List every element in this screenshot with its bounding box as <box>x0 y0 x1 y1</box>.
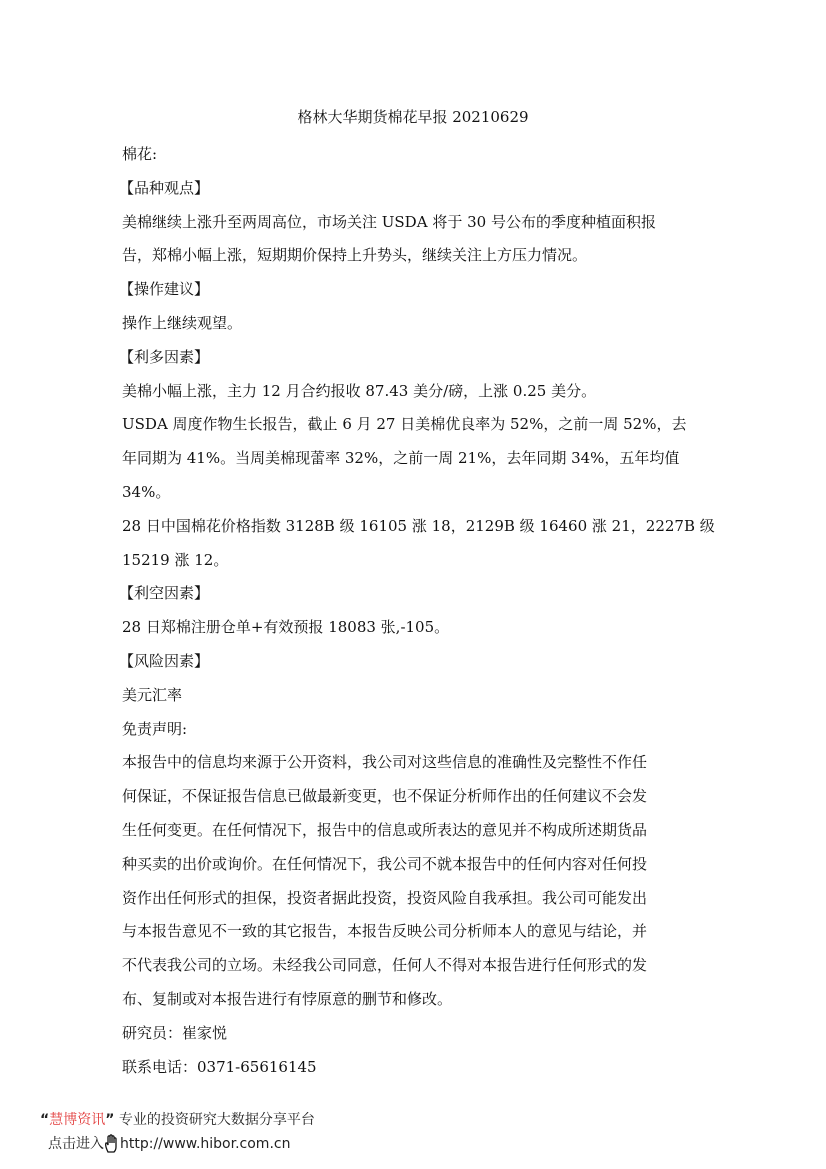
disclaimer-line: 种买卖的出价或询价。在任何情况下，我公司不就本报告中的任何内容对任何投 <box>122 848 704 882</box>
bullish-text-line: 28 日中国棉花价格指数 3128B 级 16105 涨 18，2129B 级 … <box>122 510 704 544</box>
disclaimer-line: 生任何变更。在任何情况下，报告中的信息或所表达的意见并不构成所述期货品 <box>122 814 704 848</box>
section-heading-risk: 【风险因素】 <box>119 645 704 679</box>
hibor-url-link[interactable]: http://www.hibor.com.cn <box>120 1136 290 1152</box>
view-text-line: 美棉继续上涨升至两周高位，市场关注 USDA 将于 30 号公布的季度种植面积报 <box>122 206 704 240</box>
quote-close: ” <box>105 1112 114 1128</box>
section-heading-bearish: 【利空因素】 <box>119 577 704 611</box>
disclaimer-line: 与本报告意见不一致的其它报告，本报告反映公司分析师本人的意见与结论，并 <box>122 915 704 949</box>
footer-link-row[interactable]: 点击进入http://www.hibor.com.cn <box>40 1132 360 1156</box>
section-heading-view: 【品种观点】 <box>119 172 704 206</box>
footer-slogan: “慧博资讯” 专业的投资研究大数据分享平台 <box>40 1108 360 1132</box>
commodity-label: 棉花: <box>122 138 704 172</box>
bullish-text-line: 15219 涨 12。 <box>122 544 704 578</box>
hibor-footer: “慧博资讯” 专业的投资研究大数据分享平台 点击进入http://www.hib… <box>40 1108 360 1156</box>
enter-label: 点击进入 <box>48 1136 104 1152</box>
brand-name: 慧博资讯 <box>49 1112 105 1128</box>
footer-tagline: 专业的投资研究大数据分享平台 <box>119 1112 315 1128</box>
disclaimer-line: 布、复制或对本报告进行有悖原意的删节和修改。 <box>122 983 704 1017</box>
pointing-hand-icon <box>104 1134 120 1154</box>
report-body: 棉花: 【品种观点】 美棉继续上涨升至两周高位，市场关注 USDA 将于 30 … <box>122 138 704 1084</box>
disclaimer-line: 资作出任何形式的担保，投资者据此投资，投资风险自我承担。我公司可能发出 <box>122 882 704 916</box>
view-text-line: 告，郑棉小幅上涨，短期期价保持上升势头，继续关注上方压力情况。 <box>122 239 704 273</box>
disclaimer-label: 免责声明: <box>122 713 704 747</box>
risk-text-line: 美元汇率 <box>122 679 704 713</box>
page-title: 格林大华期货棉花早报 20210629 <box>0 106 826 128</box>
quote-open: “ <box>40 1112 49 1128</box>
contact-phone: 联系电话：0371-65616145 <box>122 1051 704 1085</box>
bullish-text-line: 34%。 <box>122 476 704 510</box>
bullish-text-line: USDA 周度作物生长报告，截止 6 月 27 日美棉优良率为 52%，之前一周… <box>122 408 704 442</box>
disclaimer-line: 本报告中的信息均来源于公开资料，我公司对这些信息的准确性及完整性不作任 <box>122 746 704 780</box>
advice-text-line: 操作上继续观望。 <box>122 307 704 341</box>
bullish-text-line: 美棉小幅上涨，主力 12 月合约报收 87.43 美分/磅，上涨 0.25 美分… <box>122 375 704 409</box>
bullish-text-line: 年同期为 41%。当周美棉现蕾率 32%，之前一周 21%，去年同期 34%，五… <box>122 442 704 476</box>
section-heading-bullish: 【利多因素】 <box>119 341 704 375</box>
bearish-text-line: 28 日郑棉注册仓单+有效预报 18083 张,-105。 <box>122 611 704 645</box>
researcher-name: 研究员：崔家悦 <box>122 1017 704 1051</box>
section-heading-advice: 【操作建议】 <box>119 273 704 307</box>
disclaimer-line: 不代表我公司的立场。未经我公司同意，任何人不得对本报告进行任何形式的发 <box>122 949 704 983</box>
disclaimer-line: 何保证，不保证报告信息已做最新变更，也不保证分析师作出的任何建议不会发 <box>122 780 704 814</box>
